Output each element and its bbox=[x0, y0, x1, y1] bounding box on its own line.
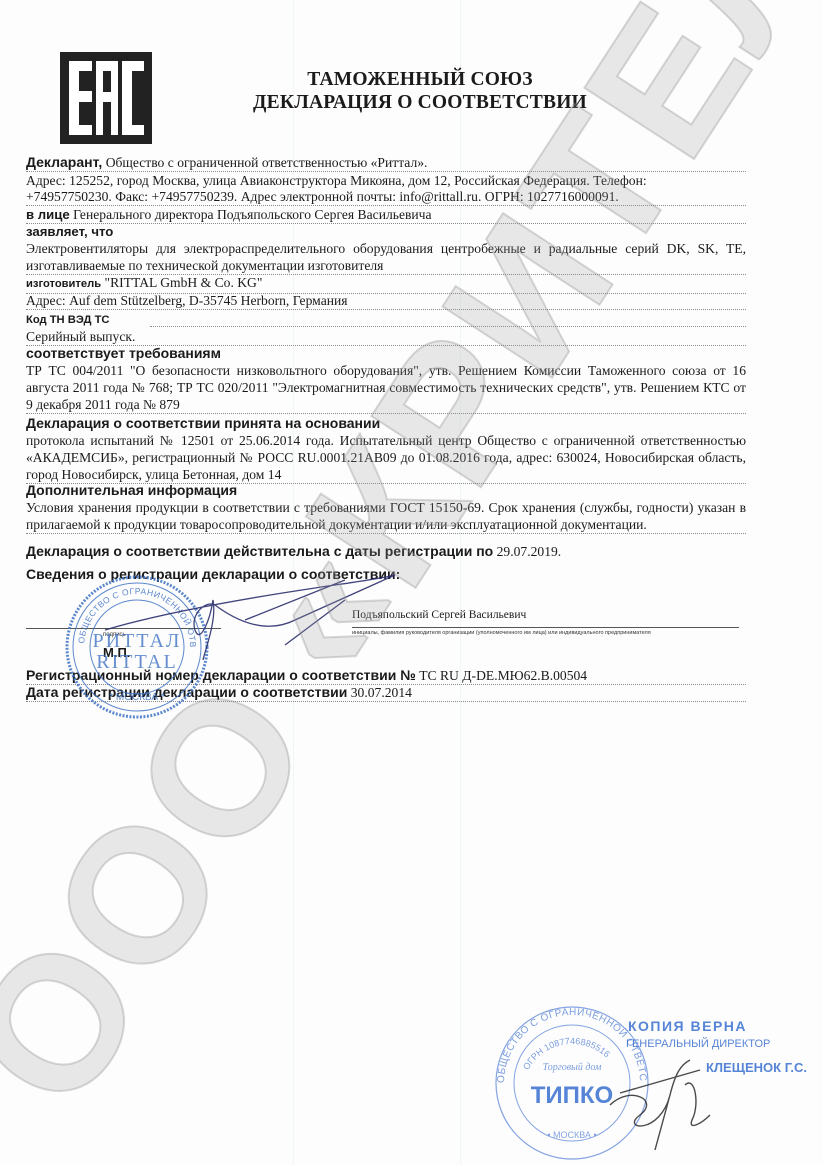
basis-row: протокола испытаний № 12501 от 25.06.201… bbox=[26, 432, 746, 484]
statement-label-row: заявляет, что bbox=[26, 223, 746, 240]
copy-city: • МОСКВА • bbox=[547, 1130, 596, 1140]
additional-label-row: Дополнительная информация bbox=[26, 482, 746, 499]
code-label: Код ТН ВЭД ТС bbox=[26, 314, 110, 326]
code-dotted-line bbox=[150, 325, 746, 327]
requirements-label-row: соответствует требованиям bbox=[26, 345, 746, 362]
copy-house: Торговый дом bbox=[543, 1062, 602, 1073]
head-name: Подъяпольский Сергей Васильевич bbox=[352, 609, 526, 621]
declarant-address-text: Адрес: 125252, город Москва, улица Авиак… bbox=[26, 173, 647, 188]
validity-value: 29.07.2019. bbox=[497, 544, 562, 559]
declarant-address-line2: +74957750230. Факс: +74957750239. Адрес … bbox=[26, 188, 746, 206]
copy-position-text: ГЕНЕРАЛЬНЫЙ ДИРЕКТОР bbox=[626, 1038, 770, 1050]
document-title: ТАМОЖЕННЫЙ СОЮЗ ДЕКЛАРАЦИЯ О СООТВЕТСТВИ… bbox=[140, 68, 700, 114]
declarant-contacts-text: +74957750230. Факс: +74957750239. Адрес … bbox=[26, 189, 619, 204]
additional-text: Условия хранения продукции в соответстви… bbox=[26, 500, 746, 532]
copy-seal-stamp: ОБЩЕСТВО С ОГРАНИЧЕННОЙ ОТВЕТСТВЕННОСТЬЮ… bbox=[486, 998, 666, 1163]
registration-date-row: Дата регистрации декларации о соответств… bbox=[26, 684, 746, 702]
validity-label: Декларация о соответствии действительна … bbox=[26, 543, 493, 559]
svg-text:ОБЩЕСТВО С ОГРАНИЧЕННОЙ ОТВЕТС: ОБЩЕСТВО С ОГРАНИЧЕННОЙ ОТВЕТСТВЕННОСТЬЮ bbox=[486, 998, 648, 1083]
registration-info-row: Сведения о регистрации декларации о соот… bbox=[26, 566, 746, 583]
requirements-text: ТР ТС 004/2011 "О безопасности низковоль… bbox=[26, 363, 746, 412]
title-declaration: ДЕКЛАРАЦИЯ О СООТВЕТСТВИИ bbox=[140, 91, 700, 114]
basis-text: протокола испытаний № 12501 от 25.06.201… bbox=[26, 433, 746, 482]
signature-caption: подпись bbox=[103, 632, 126, 638]
product-description: Электровентиляторы для электрораспредели… bbox=[26, 241, 746, 273]
declarant-row: Декларант, Общество с ограниченной ответ… bbox=[26, 154, 746, 172]
registration-number-label: Регистрационный номер декларации о соотв… bbox=[26, 667, 416, 683]
head-name-line bbox=[352, 627, 739, 628]
signature-line bbox=[26, 628, 221, 629]
additional-row: Условия хранения продукции в соответстви… bbox=[26, 499, 746, 534]
head-caption: инициалы, фамилия руководителя организац… bbox=[352, 630, 651, 636]
manufacturer-address: Адрес: Auf dem Stützelberg, D-35745 Herb… bbox=[26, 293, 348, 308]
registration-number-value: ТС RU Д-DE.МЮ62.В.00504 bbox=[419, 668, 587, 683]
copy-certified-text: КОПИЯ ВЕРНА bbox=[628, 1018, 747, 1034]
manufacturer-value: "RITTAL GmbH & Co. KG" bbox=[105, 275, 263, 290]
registration-date-label: Дата регистрации декларации о соответств… bbox=[26, 684, 347, 700]
copy-brand: ТИПКО bbox=[531, 1082, 613, 1109]
additional-label: Дополнительная информация bbox=[26, 482, 237, 498]
requirements-row: ТР ТС 004/2011 "О безопасности низковоль… bbox=[26, 362, 746, 414]
basis-label: Декларация о соответствии принята на осн… bbox=[26, 415, 380, 431]
copy-ring-text: ОБЩЕСТВО С ОГРАНИЧЕННОЙ ОТВЕТСТВЕННОСТЬЮ bbox=[486, 998, 648, 1083]
copy-ogrn: ОГРН 1087746885516 bbox=[521, 1036, 612, 1072]
declarant-label: Декларант, bbox=[26, 154, 102, 170]
registration-number-row: Регистрационный номер декларации о соотв… bbox=[26, 667, 746, 685]
requirements-label: соответствует требованиям bbox=[26, 345, 221, 361]
statement-label: заявляет, что bbox=[26, 224, 113, 239]
copy-name-text: КЛЕЩЕНОК Г.С. bbox=[706, 1060, 807, 1075]
declarant-value: Общество с ограниченной ответственностью… bbox=[106, 155, 428, 170]
manufacturer-address-row: Адрес: Auf dem Stützelberg, D-35745 Herb… bbox=[26, 292, 746, 310]
manufacturer-row: изготовитель "RITTAL GmbH & Co. KG" bbox=[26, 274, 746, 294]
eac-logo-icon bbox=[60, 52, 152, 144]
declaration-page: ТАМОЖЕННЫЙ СОЮЗ ДЕКЛАРАЦИЯ О СООТВЕТСТВИ… bbox=[0, 0, 823, 1165]
basis-label-row: Декларация о соответствии принята на осн… bbox=[26, 415, 746, 432]
product-row: Электровентиляторы для электрораспредели… bbox=[26, 240, 746, 275]
registration-info-label: Сведения о регистрации декларации о соот… bbox=[26, 566, 400, 582]
registration-date-value: 30.07.2014 bbox=[351, 685, 412, 700]
represented-row: в лице Генерального директора Подъяпольс… bbox=[26, 206, 746, 224]
release-row: Серийный выпуск. bbox=[26, 328, 746, 346]
seal-label: М.П. bbox=[103, 645, 130, 660]
declarant-address-line1: Адрес: 125252, город Москва, улица Авиак… bbox=[26, 172, 746, 189]
validity-row: Декларация о соответствии действительна … bbox=[26, 543, 746, 560]
release-value: Серийный выпуск. bbox=[26, 329, 135, 344]
rittal-ring-text: ОБЩЕСТВО С ОГРАНИЧЕННОЙ ОТВЕТСТВЕННОСТЬЮ bbox=[62, 572, 198, 648]
copy-signature bbox=[600, 1045, 720, 1155]
represented-value: Генерального директора Подъяпольского Се… bbox=[73, 207, 431, 222]
manufacturer-label: изготовитель bbox=[26, 278, 101, 290]
svg-text:ОБЩЕСТВО С ОГРАНИЧЕННОЙ ОТВЕТС: ОБЩЕСТВО С ОГРАНИЧЕННОЙ ОТВЕТСТВЕННОСТЬЮ bbox=[62, 572, 198, 648]
svg-text:ОГРН 1087746885516: ОГРН 1087746885516 bbox=[521, 1036, 612, 1072]
represented-label: в лице bbox=[26, 207, 70, 222]
title-union: ТАМОЖЕННЫЙ СОЮЗ bbox=[140, 68, 700, 91]
